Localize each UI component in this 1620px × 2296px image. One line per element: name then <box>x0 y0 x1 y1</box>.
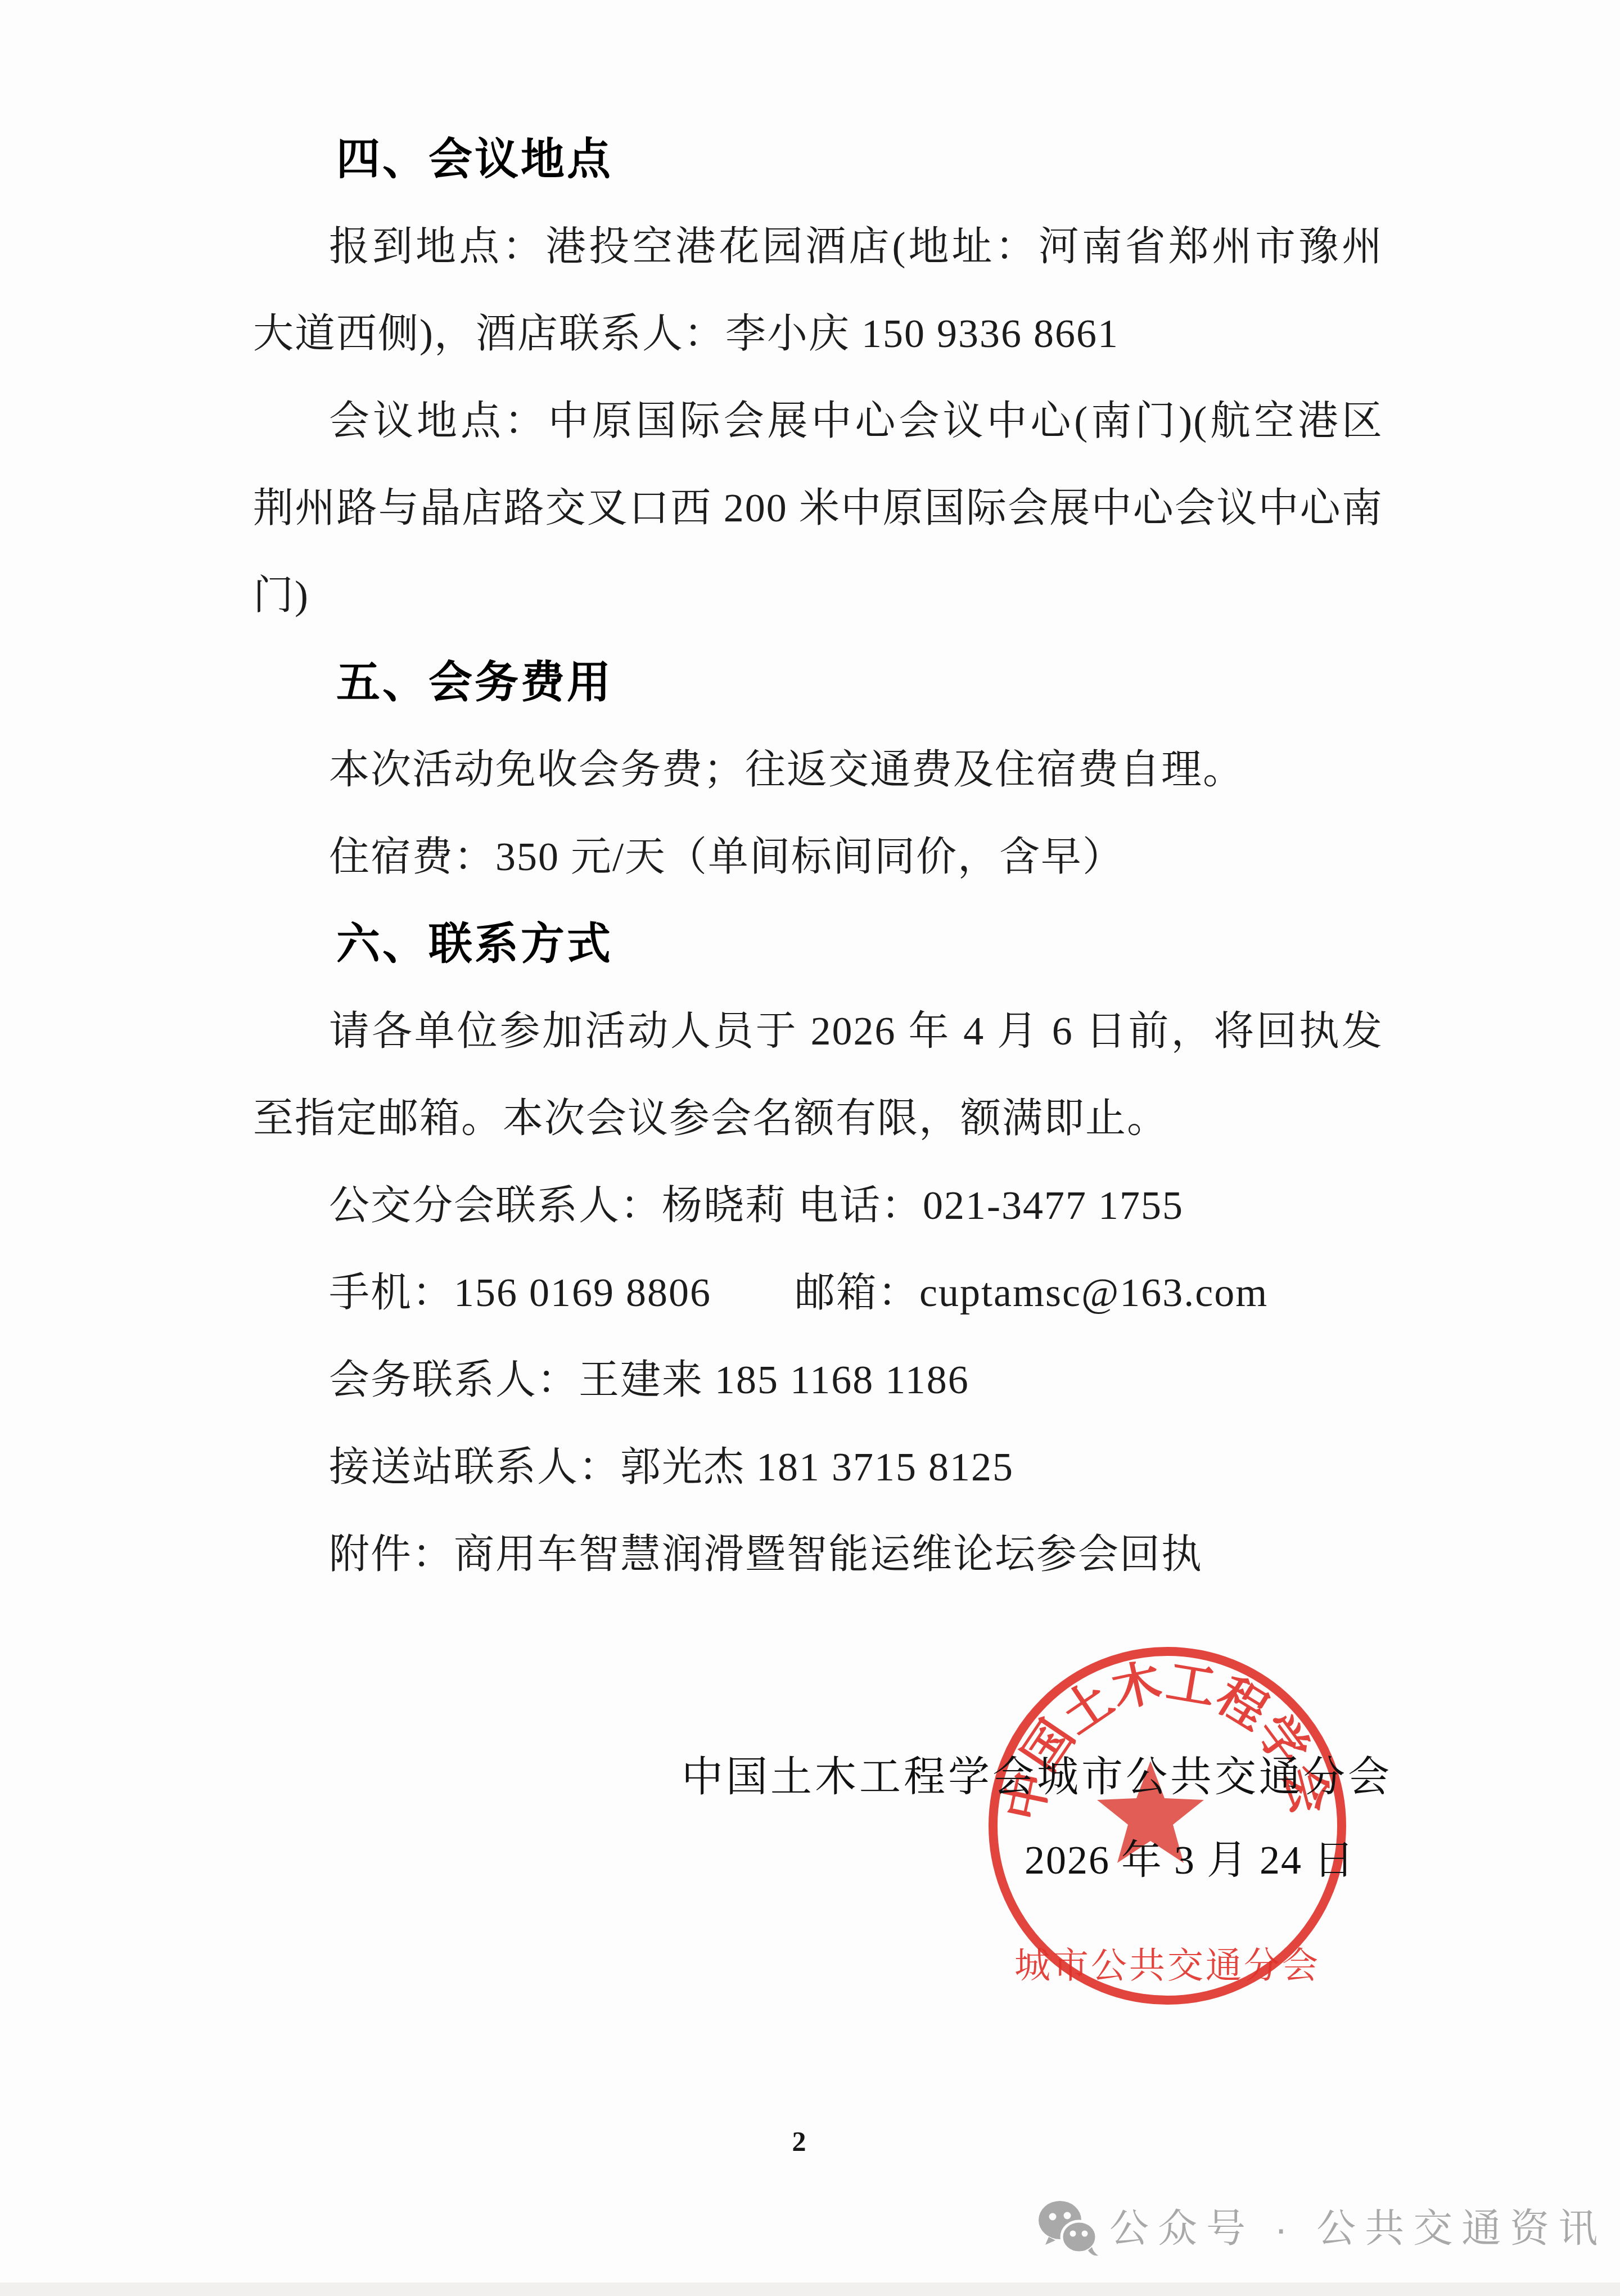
section-heading-meeting-location: 四、会议地点 <box>253 116 1383 203</box>
seal-bottom-text: 城市公共交通分会 <box>1014 1946 1320 1986</box>
doc-line: 请各单位参加活动人员于 2026 年 4 月 6 日前，将回执发 <box>253 988 1383 1075</box>
section-heading-contact: 六、联系方式 <box>253 901 1383 988</box>
doc-line-contact-bus-branch: 公交分会联系人：杨晓莉 电话：021-3477 1755 <box>253 1162 1383 1249</box>
footer-account-label: 公众号 · 公共交通资讯 <box>1109 2199 1607 2258</box>
doc-line: 本次活动免收会务费；往返交通费及住宿费自理。 <box>253 726 1383 813</box>
doc-line-phone-email: 手机：156 0169 8806 邮箱：cuptamsc@163.com <box>253 1249 1383 1336</box>
doc-line: 大道西侧)，酒店联系人：李小庆 150 9336 8661 <box>253 290 1383 377</box>
issue-date: 2026 年 3 月 24 日 <box>1025 1829 1355 1891</box>
document-body: 四、会议地点 报到地点：港投空港花园酒店(地址：河南省郑州市豫州 大道西侧)，酒… <box>253 116 1383 1598</box>
scanned-document-page: 四、会议地点 报到地点：港投空港花园酒店(地址：河南省郑州市豫州 大道西侧)，酒… <box>0 0 1620 2296</box>
doc-line: 住宿费：350 元/天（单间标间同价，含早） <box>253 813 1383 901</box>
doc-line: 报到地点：港投空港花园酒店(地址：河南省郑州市豫州 <box>253 203 1383 290</box>
doc-line-contact-affairs: 会务联系人：王建来 185 1168 1186 <box>253 1336 1383 1424</box>
scan-edge-strip <box>0 2283 1620 2296</box>
official-seal: 中国土木工程学会 城市公共交通分会 <box>982 1640 1353 2011</box>
issuer-signature: 中国土木工程学会城市公共交通分会 <box>682 1746 1392 1808</box>
doc-line-attachment: 附件：商用车智慧润滑暨智能运维论坛参会回执 <box>253 1511 1383 1598</box>
doc-line-contact-pickup: 接送站联系人：郭光杰 181 3715 8125 <box>253 1424 1383 1511</box>
footer-banner: 公众号 · 公共交通资讯 <box>1037 2199 1607 2258</box>
doc-line: 会议地点：中原国际会展中心会议中心(南门)(航空港区 <box>253 377 1383 465</box>
doc-line: 门) <box>253 552 1383 639</box>
wechat-icon <box>1037 2200 1100 2257</box>
doc-line: 至指定邮箱。本次会议参会名额有限，额满即止。 <box>253 1075 1383 1162</box>
page-number: 2 <box>779 2125 819 2158</box>
doc-line: 荆州路与晶店路交叉口西 200 米中原国际会展中心会议中心南 <box>253 465 1383 552</box>
section-heading-fees: 五、会务费用 <box>253 639 1383 726</box>
